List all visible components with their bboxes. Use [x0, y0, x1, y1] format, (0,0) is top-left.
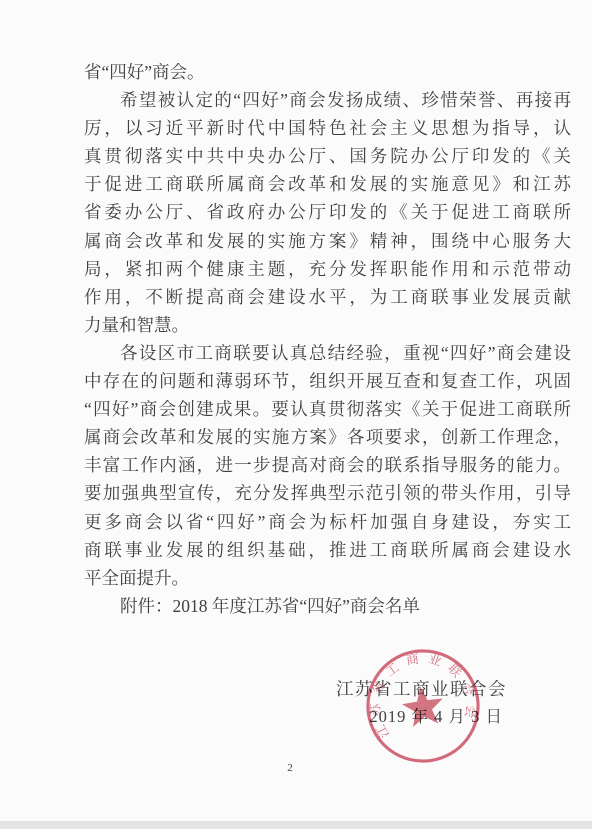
body-line: 属商会改革和发展的实施方案》各项要求，创新工作理念，	[84, 423, 571, 451]
signature-org: 江苏省工商业联合会	[336, 676, 507, 701]
page-number: 2	[0, 762, 580, 774]
document-page: 省“四好”商会。 希望被认定的“四好”商会发扬成绩、珍惜荣誉、再接再 厉，以习近…	[0, 0, 592, 829]
body-line: 希望被认定的“四好”商会发扬成绩、珍惜荣誉、再接再	[84, 86, 571, 114]
body-line: 更多商会以省“四好”商会为标杆加强自身建设，夯实工	[84, 508, 571, 536]
body-line: 商联事业发展的组织基础，推进工商联所属商会建设水	[84, 536, 571, 564]
body-line: 要加强典型宣传，充分发挥典型示范引领的带头作用，引导	[84, 479, 571, 507]
signature-date: 2019 年 4 月 3 日	[369, 703, 503, 727]
attachment-line: 附件：2018 年度江苏省“四好”商会名单	[84, 592, 571, 620]
body-line: 省委办公厅、省政府办公厅印发的《关于促进工商联所	[84, 198, 571, 226]
body-line: 丰富工作内涵，进一步提高对商会的联系指导服务的能力。	[84, 451, 571, 479]
body-line: 平全面提升。	[84, 564, 571, 592]
body-line: 厉，以习近平新时代中国特色社会主义思想为指导，认	[84, 114, 571, 142]
body-line: 局，紧扣两个健康主题，充分发挥职能作用和示范带动	[84, 255, 571, 283]
letter-body: 省“四好”商会。 希望被认定的“四好”商会发扬成绩、珍惜荣誉、再接再 厉，以习近…	[84, 58, 571, 620]
body-line: 真贯彻落实中共中央办公厅、国务院办公厅印发的《关	[84, 142, 571, 170]
body-line: “四好”商会创建成果。要认真贯彻落实《关于促进工商联所	[84, 395, 571, 423]
bottom-strip	[0, 821, 592, 829]
body-line: 作用，不断提高商会建设水平，为工商联事业发展贡献	[84, 283, 571, 311]
body-line: 省“四好”商会。	[84, 58, 571, 86]
body-line: 属商会改革和发展的实施方案》精神，围绕中心服务大	[84, 227, 571, 255]
body-line: 各设区市工商联要认真总结经验，重视“四好”商会建设	[84, 339, 571, 367]
body-line: 中存在的问题和薄弱环节，组织开展互查和复查工作，巩固	[84, 367, 571, 395]
body-line: 于促进工商联所属商会改革和发展的实施意见》和江苏	[84, 170, 571, 198]
body-line: 力量和智慧。	[84, 311, 571, 339]
